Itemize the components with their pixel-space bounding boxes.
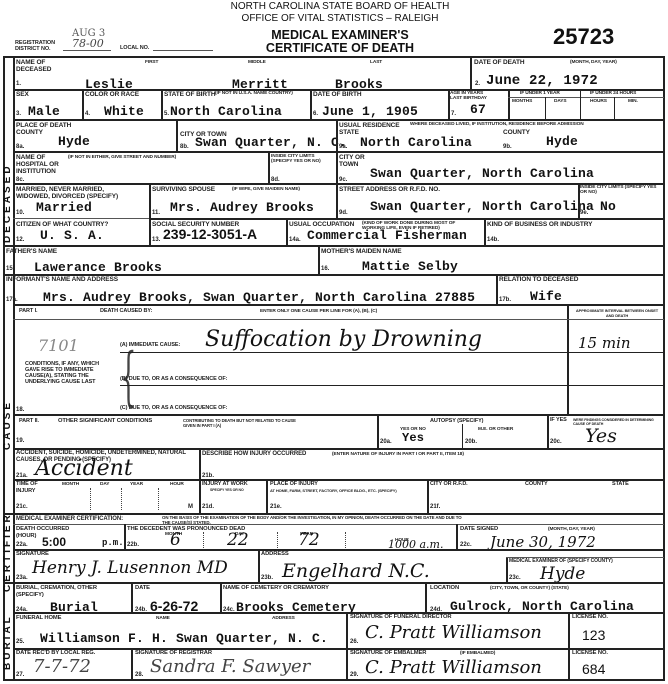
divider [545, 97, 546, 119]
item-12-number: 12. [16, 237, 24, 243]
divider [580, 89, 581, 119]
item-14a-number: 14a. [289, 237, 301, 243]
item-5-number: 5. [164, 111, 169, 117]
divider [124, 524, 126, 549]
location-label: LOCATION [430, 585, 459, 592]
item-14b-number: 14b. [487, 237, 499, 243]
certifier-signature: Henry J. Lusennon MD [32, 558, 228, 578]
pronounced-year: 72 [298, 530, 320, 550]
inside-city-limits-label: INSIDE CITY LIMITS (SPECIFY YES OR NO) [271, 154, 335, 164]
item-20b-number: 20b. [465, 439, 477, 445]
race-label: COLOR or RACE [85, 91, 139, 98]
injury-city-label: CITY OR R.F.D. [430, 481, 468, 488]
spouse-note: (IF WIFE, GIVE MAIDEN NAME) [232, 187, 300, 192]
divider [484, 218, 486, 245]
cause-c-label: (c) DUE TO, OR AS A CONSEQUENCE OF: [120, 406, 227, 411]
item-9e-number: 9e. [580, 210, 588, 216]
item-23c-number: 23c. [509, 575, 521, 581]
under-24-hours-label: IF UNDER 24 HOURS [590, 91, 636, 96]
me-certification-label: MEDICAL EXAMINER CERTIFICATION: [16, 516, 123, 523]
row-divider [13, 524, 664, 525]
under-1-year-label: IF UNDER 1 YEAR [520, 91, 560, 96]
divider [318, 245, 320, 274]
funeral-home: Williamson F. H. Swan Quarter, N. C. [40, 631, 328, 646]
place-of-injury-note: AT HOME, FARM, STREET, FACTORY, OFFICE B… [270, 488, 430, 493]
registration-district-value: 78-00 [72, 37, 104, 50]
item-20a-number: 20a. [380, 439, 392, 445]
autopsy: Yes [402, 431, 424, 445]
divider [462, 424, 463, 448]
death-ampm: p.m. [102, 538, 124, 548]
race: White [104, 104, 144, 119]
funeral-home-name-label: NAME [156, 616, 170, 621]
state-of-birth-label: STATE OF BIRTH [164, 91, 215, 98]
form-title-line-2: CERTIFICATE OF DEATH [200, 41, 480, 55]
side-column-divider [13, 56, 15, 680]
line-a [120, 352, 664, 353]
item-9d-number: 9d. [339, 210, 348, 216]
marital-status: Married [36, 200, 92, 215]
enter-one-cause-label: ENTER ONLY ONE CAUSE PER LINE FOR (a), (… [260, 309, 377, 314]
sex-label: SEX [16, 91, 29, 98]
divider [506, 557, 508, 582]
registration-underline [63, 50, 111, 51]
divider [220, 582, 222, 612]
social-security-number: 239-12-3051-A [163, 226, 257, 242]
funeral-director-label: SIGNATURE OF FUNERAL DIRECTOR [350, 614, 451, 621]
citizen-of: U. S. A. [40, 228, 104, 243]
row-divider [3, 582, 664, 584]
item-27-number: 27. [16, 672, 24, 678]
registrar-signature: Sandra F. Sawyer [150, 656, 310, 677]
divider [266, 479, 268, 514]
item-21e-number: 21e. [270, 504, 282, 510]
item-7-number: 7. [451, 111, 456, 117]
row-divider [13, 151, 664, 153]
row-divider [13, 549, 664, 551]
cause-b-label: (b) DUE TO, OR AS A CONSEQUENCE OF: [120, 377, 227, 382]
row-divider [13, 414, 664, 416]
hours-label: HOURS [590, 99, 607, 104]
item-21c-number: 21c. [16, 504, 28, 510]
residence-city-label: CITY OR TOWN [339, 154, 369, 168]
residence-inside-city-label: INSIDE CITY LIMITS (SPECIFY YES OR NO) [580, 185, 660, 195]
item-4-number: 4. [85, 111, 90, 117]
age: 67 [470, 102, 486, 117]
residence-state: North Carolina [360, 135, 472, 150]
row-divider [13, 612, 664, 614]
business-label: KIND OF BUSINESS OR INDUSTRY [487, 221, 592, 228]
disposition-label: BURIAL, CREMATION, OTHER (SPECIFY) [16, 585, 126, 599]
item-9a-number: 9a. [339, 144, 347, 150]
pronounced-month: 6 [170, 530, 181, 550]
dotted-separator [203, 532, 204, 548]
street-address: Swan Quarter, North Carolina [370, 199, 594, 214]
divider [336, 119, 338, 219]
frame-bottom [3, 679, 665, 681]
divider [149, 183, 151, 245]
surviving-spouse: Mrs. Audrey Brooks [170, 200, 314, 215]
item-22b-number: 22b. [127, 542, 139, 548]
row-divider [3, 245, 664, 247]
residence-city: Swan Quarter, North Carolina [370, 166, 594, 181]
side-label-certifier: CERTIFIER [2, 512, 13, 592]
dotted-separator [121, 488, 122, 510]
divider [131, 582, 133, 612]
item-18-number: 18. [16, 407, 24, 413]
funeral-home-address-label: ADDRESS [272, 616, 295, 621]
m-marker: M [188, 504, 193, 510]
months-label: MONTHS [512, 99, 532, 104]
divider [496, 274, 498, 304]
item-13-number: 13. [152, 237, 160, 243]
date-of-birth: June 1, 1905 [322, 104, 418, 119]
informant: Mrs. Audrey Brooks, Swan Quarter, North … [43, 290, 475, 305]
item-8b-number: 8b. [180, 144, 189, 150]
item-6-number: 6. [313, 111, 318, 117]
funeral-home-label: FUNERAL HOME [16, 615, 61, 622]
days-label: DAYS [554, 99, 567, 104]
mother-maiden-name: Mattie Selby [362, 259, 458, 274]
injury-month-label: MONTH [62, 482, 79, 487]
spouse-label: SURVIVING SPOUSE [152, 186, 215, 193]
agency-line-2: OFFICE OF VITAL STATISTICS – RALEIGH [200, 13, 480, 24]
item-9b-number: 9b. [503, 144, 512, 150]
date-received: 7-7-72 [33, 656, 91, 677]
dotted-separator [158, 488, 159, 510]
autopsy-label: AUTOPSY (SPECIFY) [430, 418, 483, 425]
line-b [120, 385, 664, 386]
item-22c-number: 22c. [460, 542, 472, 548]
hospital-label: NAME OF HOSPITAL OR INSTITUTION [16, 154, 64, 175]
divider [258, 549, 260, 582]
item-28-number: 28. [135, 672, 143, 678]
residence-inside-city: No [600, 199, 616, 214]
divider [286, 218, 288, 245]
divider [131, 648, 133, 679]
local-no-underline [153, 50, 213, 51]
divider [614, 97, 615, 119]
informant-label: INFORMANT'S NAME AND ADDRESS [6, 276, 118, 283]
min-label: MIN. [628, 99, 638, 104]
divider [268, 151, 270, 184]
part-1-label: PART I. [19, 309, 37, 314]
time-of-injury-label: TIME OF INJURY [16, 481, 52, 495]
row-divider [13, 119, 664, 121]
item-16-number: 16. [321, 266, 329, 272]
dotted-separator [90, 488, 91, 510]
item-1-number: 1. [16, 81, 21, 87]
certifier-address: Engelhard N.C. [282, 560, 430, 582]
embalmer-label: SIGNATURE OF EMBALMER [350, 650, 426, 657]
divider [199, 448, 201, 514]
age-label: AGE IN YEARS LAST BIRTHDAY [450, 91, 495, 101]
frame-top [3, 56, 665, 58]
father-name: Lawerance Brooks [34, 260, 162, 275]
item-25-number: 25. [16, 639, 24, 645]
father-label: FATHER'S NAME [6, 248, 57, 255]
cemetery-label: NAME OF CEMETERY OR CREMATORY [223, 585, 329, 592]
injury-county-label: COUNTY [525, 481, 548, 488]
divider [310, 89, 312, 119]
divider [82, 89, 84, 119]
divider [377, 414, 379, 448]
registration-label: REGISTRATION DISTRICT NO. [15, 40, 65, 52]
pronounced-day: 22 [227, 530, 249, 550]
injury-day-label: DAY [100, 482, 109, 487]
residence-county: Hyde [546, 134, 578, 149]
burial-date-label: DATE [135, 585, 150, 592]
divider [176, 119, 178, 151]
place-of-death-county: Hyde [58, 134, 90, 149]
death-hour: 5:00 [42, 535, 66, 549]
relation-label: RELATION TO DECEASED [499, 276, 578, 283]
citizen-label: CITIZEN OF WHAT COUNTRY? [16, 221, 108, 228]
item-2-number: 2. [475, 81, 480, 87]
occupation-label: USUAL OCCUPATION [289, 221, 354, 228]
date-of-death-label: DATE OF DEATH [474, 59, 524, 66]
interval-label: APPROXIMATE INTERVAL BETWEEN ONSET AND D… [572, 308, 662, 318]
side-label-deceased: DECEASED [2, 108, 13, 243]
item-11-number: 11. [152, 210, 160, 216]
injury-state-label: STATE [612, 481, 629, 488]
row-divider [13, 648, 664, 650]
residence-label: USUAL RESIDENCE STATE [339, 122, 409, 136]
license-2-label: LICENSE NO. [572, 650, 608, 657]
last-label: LAST [370, 60, 382, 65]
row-divider [13, 218, 149, 219]
date-of-birth-label: DATE OF BIRTH [313, 91, 361, 98]
middle-label: MIDDLE [248, 60, 266, 65]
divider [470, 56, 472, 90]
describe-note: (ENTER NATURE OF INJURY IN PART I OR PAR… [332, 452, 464, 457]
item-26-number: 26. [350, 639, 358, 645]
item-17b-number: 17b. [499, 297, 511, 303]
divider [547, 414, 549, 448]
other-conditions-note: CONTRIBUTING TO DEATH BUT NOT RELATED TO… [183, 418, 303, 428]
sex: Male [28, 104, 60, 119]
conditions-label: CONDITIONS, IF ANY, WHICH GAVE RISE TO I… [25, 361, 105, 385]
side-label-burial: BURIAL [2, 600, 13, 670]
place-of-injury-label: PLACE OF INJURY [270, 481, 318, 488]
divider [567, 304, 569, 414]
item-21f-number: 21f. [430, 504, 440, 510]
item-23b-number: 23b. [261, 575, 273, 581]
location-note: (CITY, TOWN, OR COUNTY) (STATE) [490, 586, 569, 591]
street-label: STREET ADDRESS OR R.F.D. NO. [339, 186, 440, 193]
divider [568, 612, 570, 679]
relation-to-deceased: Wife [530, 289, 562, 304]
embalmer-license: 684 [582, 661, 605, 677]
signature-label: SIGNATURE [16, 551, 49, 558]
subheader-line [508, 97, 664, 98]
frame-right [663, 56, 665, 680]
divider [161, 89, 163, 119]
divider [425, 582, 427, 612]
item-19-number: 19. [16, 438, 24, 444]
item-3-number: 3. [16, 111, 21, 117]
date-signed-format: (MONTH, DAY, YEAR) [548, 527, 595, 532]
form-title-line-1: MEDICAL EXAMINER'S [200, 28, 480, 42]
hospital-note: (IF NOT IN EITHER, GIVE STREET AND NUMBE… [68, 155, 176, 160]
local-no-label: LOCAL NO. [120, 45, 149, 52]
item-20c-number: 20c. [550, 439, 562, 445]
margin-note: 7101 [38, 336, 79, 355]
city-of-death: Swan Quarter, N. C. [195, 135, 347, 150]
item-21d-number: 21d. [202, 504, 214, 510]
date-of-death: June 22, 1972 [486, 73, 598, 89]
me-other-label: M.E. OR OTHER [478, 427, 513, 432]
dotted-separator [345, 532, 346, 548]
divider [456, 524, 458, 549]
row-divider [149, 218, 664, 220]
immediate-cause: Suffocation by Drowning [205, 327, 482, 352]
item-29-number: 29. [350, 672, 358, 678]
item-23a-number: 23a. [16, 575, 28, 581]
side-label-cause: CAUSE [2, 360, 13, 450]
if-yes-label: IF YES [550, 418, 567, 423]
dotted-separator [277, 532, 278, 548]
death-caused-by-label: DEATH CAUSED BY: [100, 309, 152, 314]
injury-at-work-label: INJURY AT WORK [202, 481, 248, 488]
immediate-cause-interval: 15 min [578, 334, 631, 352]
funeral-director-signature: C. Pratt Williamson [365, 622, 542, 643]
funeral-director-license: 123 [582, 627, 605, 643]
divider [508, 89, 510, 119]
divider [427, 479, 429, 514]
state-of-birth-note: (IF NOT IN U.S.A. NAME COUNTRY) [215, 91, 305, 96]
injury-at-work-note: SPECIFY YES OR NO [210, 488, 244, 493]
occupation: Commercial Fisherman [307, 228, 467, 243]
row-divider [13, 479, 664, 481]
marital-label: MARRIED, NEVER MARRIED, WIDOWED, DIVORCE… [16, 186, 136, 200]
part-2-label: PART II. [19, 419, 39, 424]
item-15-number: 15. [6, 266, 14, 272]
item-10-number: 10. [16, 210, 24, 216]
findings: Yes [585, 425, 617, 447]
item-8a-number: 8a. [16, 144, 24, 150]
agency-line-1: NORTH CAROLINA STATE BOARD OF HEALTH [200, 1, 480, 12]
item-22a-number: 22a. [16, 542, 28, 548]
row-divider [13, 183, 664, 185]
embalmer-signature: C. Pratt Williamson [365, 657, 542, 678]
first-label: FIRST [145, 60, 158, 65]
examiner-of-county: Hyde [540, 564, 585, 584]
residence-note: WHERE DECEASED LIVED, IF INSTITUTION, RE… [410, 122, 584, 127]
embalmer-note: (IF EMBALMED) [460, 651, 495, 656]
address-label: ADDRESS [261, 551, 289, 558]
name-of-deceased-label: NAME OF DECEASED [16, 59, 56, 73]
describe-label: DESCRIBE HOW INJURY OCCURRED [202, 451, 306, 458]
residence-county-label: COUNTY [503, 129, 530, 136]
other-conditions-label: OTHER SIGNIFICANT CONDITIONS [58, 418, 152, 425]
row-divider [13, 319, 664, 320]
mother-label: MOTHER'S MAIDEN NAME [321, 248, 401, 255]
injury-year-label: YEAR [130, 482, 143, 487]
date-signed-label: DATE SIGNED [460, 526, 498, 533]
state-of-birth: North Carolina [170, 104, 282, 119]
date-of-death-format: (MONTH, DAY, YEAR) [570, 60, 617, 65]
immediate-cause-label: (a) IMMEDIATE CAUSE: [120, 343, 180, 348]
item-17a-number: 17a. [6, 297, 18, 303]
license-1-label: LICENSE NO. [572, 614, 608, 621]
certificate-number: 25723 [553, 24, 614, 50]
manner-of-death: Accident [35, 456, 133, 481]
injury-hour-label: HOUR [170, 482, 184, 487]
divider [346, 612, 348, 679]
